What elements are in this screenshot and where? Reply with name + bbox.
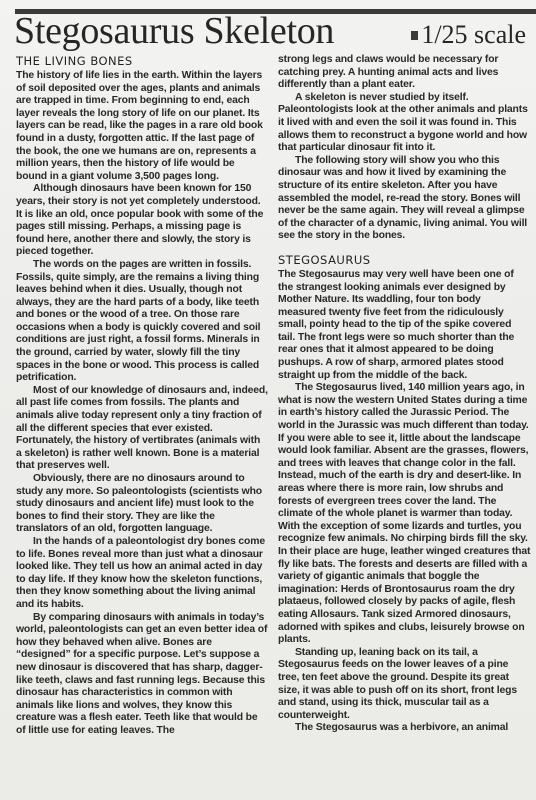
- paragraph: The history of life lies in the earth. W…: [16, 70, 268, 183]
- paragraph: Obviously, there are no dinosaurs around…: [16, 473, 268, 536]
- paragraph: In the hands of a paleontologist dry bon…: [16, 536, 268, 612]
- paragraph: The following story will show you who th…: [278, 155, 531, 243]
- section-heading-stegosaurus: STEGOSAURUS: [278, 253, 531, 268]
- page-title: Stegosaurus Skeleton: [14, 10, 334, 52]
- paragraph-continued: strong legs and claws would be necessary…: [278, 54, 531, 92]
- paragraph: By comparing dinosaurs with animals in t…: [16, 612, 268, 738]
- paragraph: The Stegosaurus lived, 140 million years…: [278, 382, 531, 646]
- paragraph: The Stegosaurus was a herbivore, an anim…: [278, 722, 531, 735]
- paragraph: Although dinosaurs have been known for 1…: [16, 183, 268, 259]
- paragraph: The words on the pages are written in fo…: [16, 259, 268, 385]
- right-column: strong legs and claws would be necessary…: [278, 54, 531, 737]
- paragraph: A skeleton is never studied by itself. P…: [278, 92, 531, 155]
- scale-text: 1/25 scale: [421, 20, 526, 50]
- scale-label: 1/25 scale: [411, 20, 526, 50]
- left-column: THE LIVING BONES The history of life lie…: [16, 54, 268, 737]
- square-bullet-icon: [411, 31, 418, 40]
- section-heading-living-bones: THE LIVING BONES: [16, 54, 268, 69]
- paragraph: The Stegosaurus may very well have been …: [278, 269, 531, 382]
- text-columns: THE LIVING BONES The history of life lie…: [16, 54, 531, 737]
- document-page: Stegosaurus Skeleton 1/25 scale THE LIVI…: [0, 0, 536, 800]
- title-row: Stegosaurus Skeleton 1/25 scale: [14, 10, 526, 52]
- paragraph: Most of our knowledge of dinosaurs and, …: [16, 385, 268, 473]
- paragraph: Standing up, leaning back on its tail, a…: [278, 647, 531, 723]
